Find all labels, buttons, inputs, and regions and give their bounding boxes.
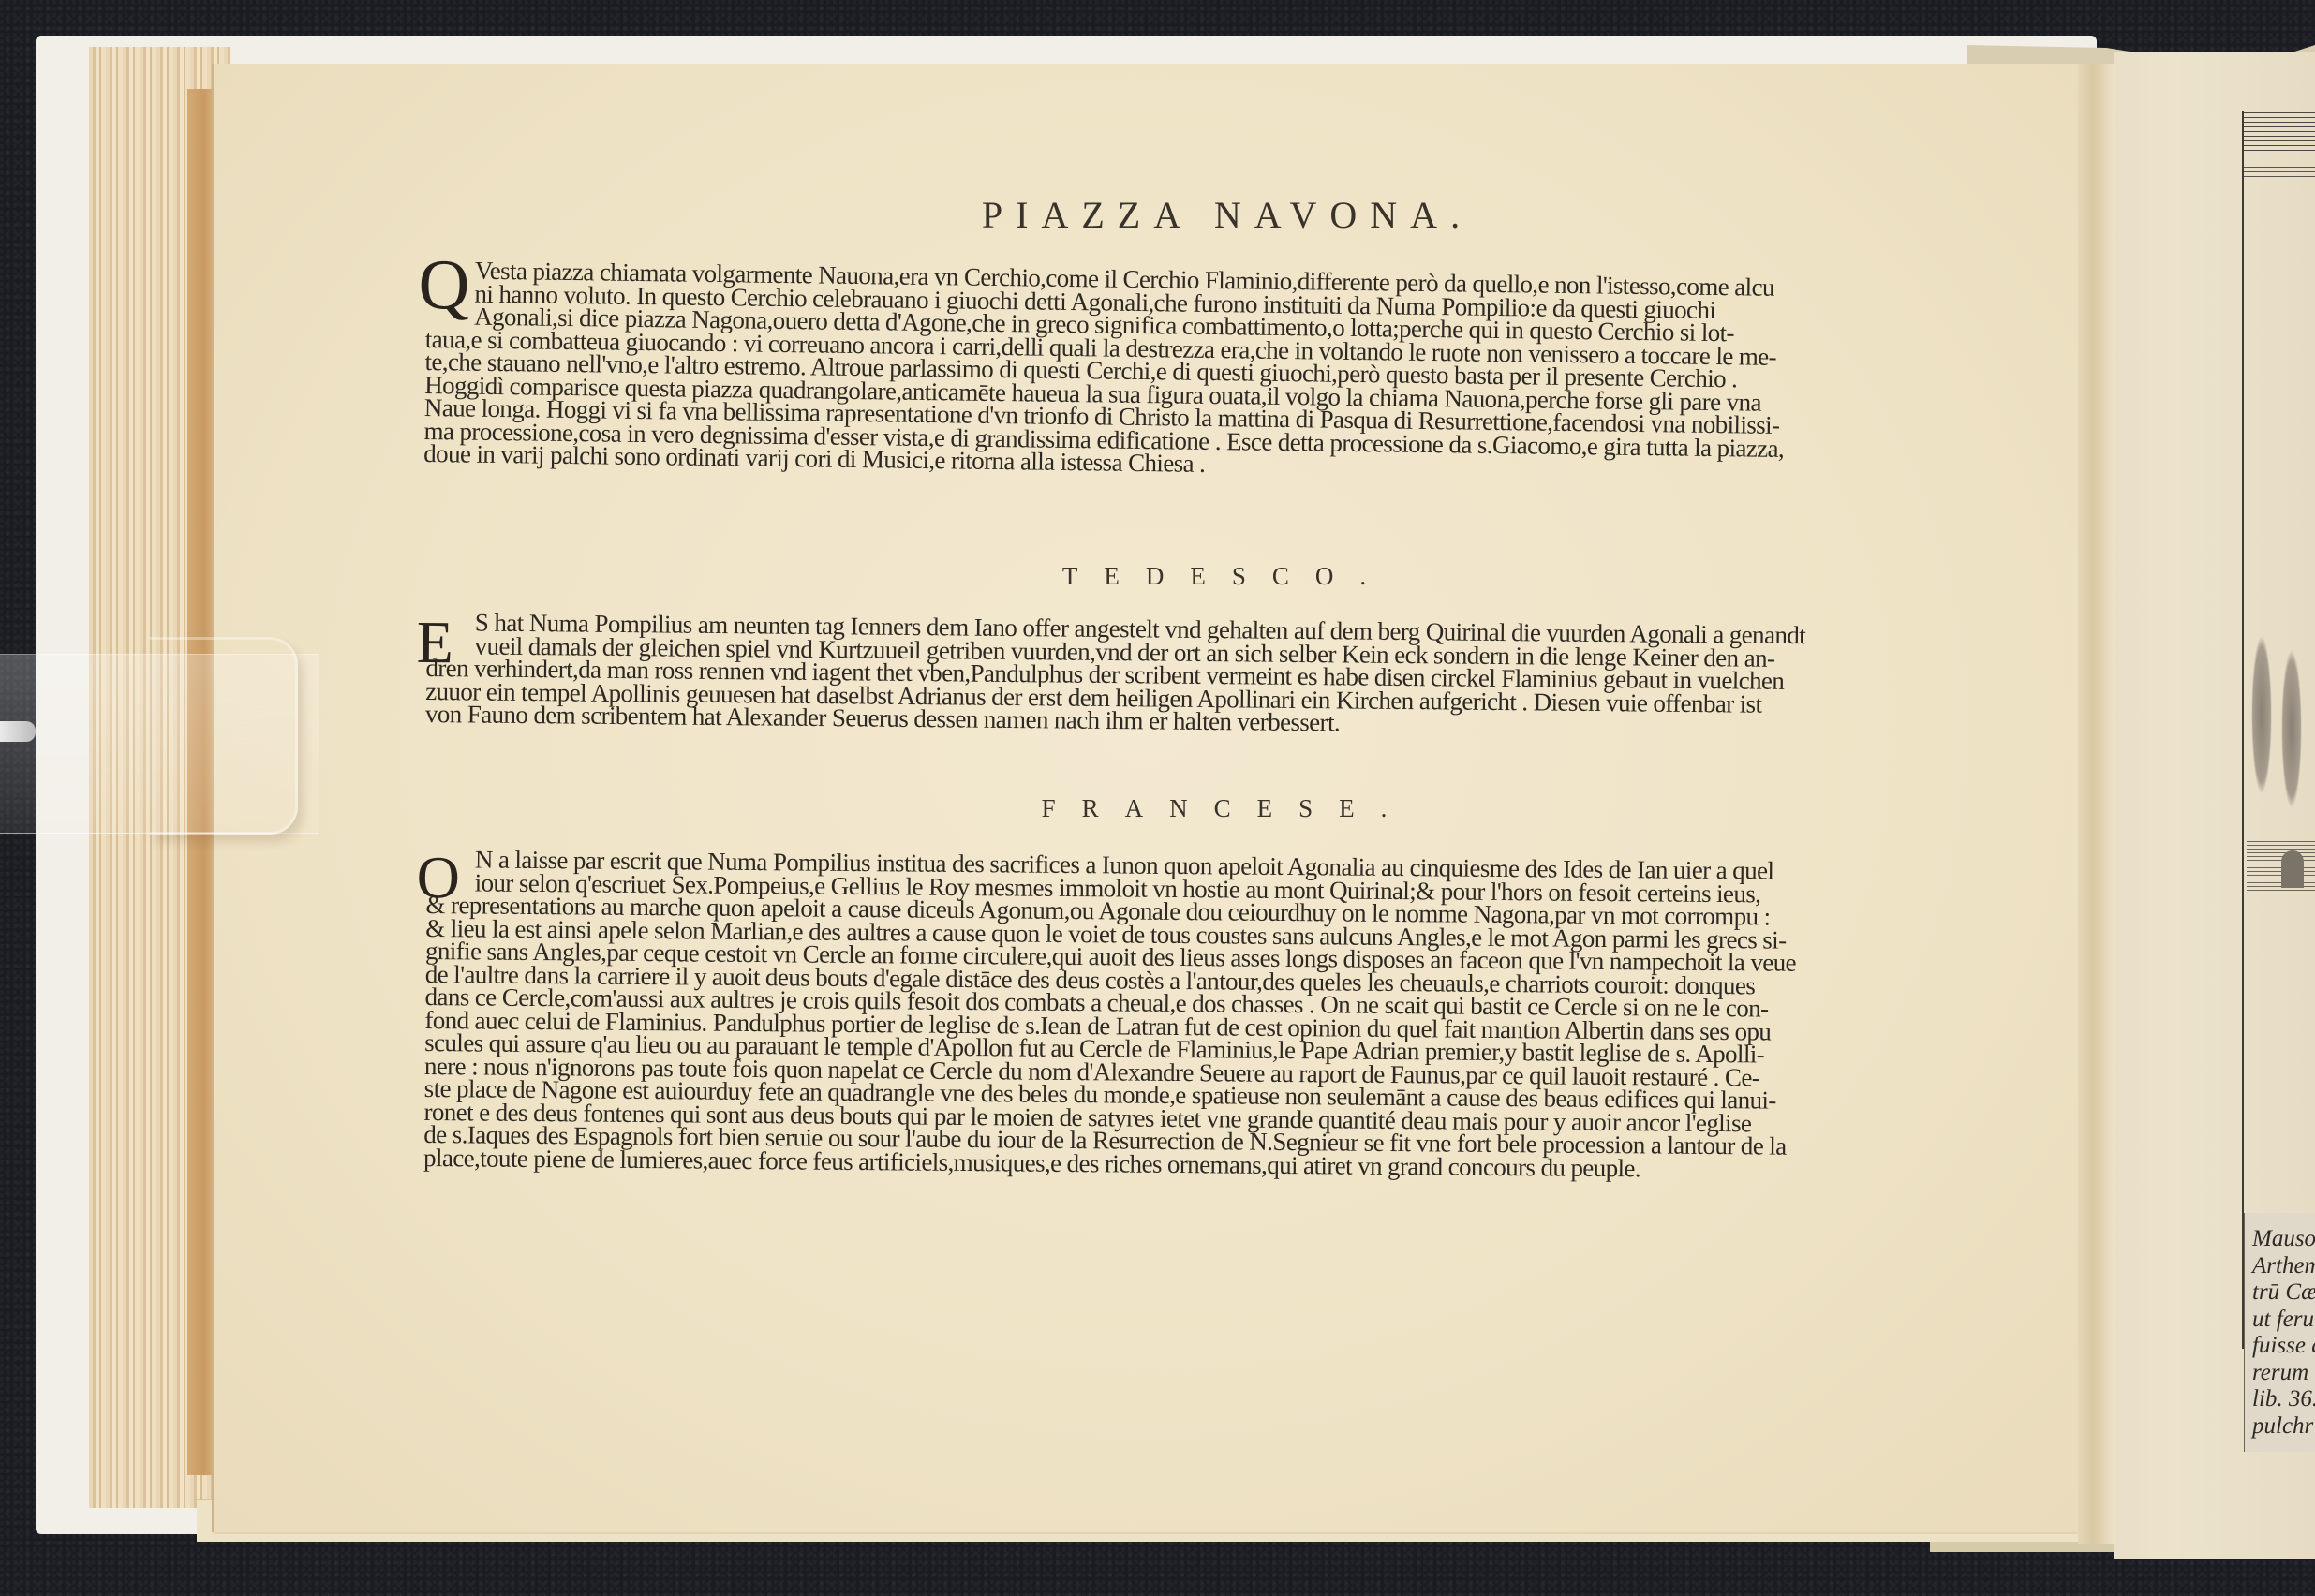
page-title: PIAZZA NAVONA.	[899, 193, 1555, 237]
italian-paragraph: Q Vesta piazza chiamata volgarmente Nauo…	[423, 259, 2056, 486]
section-heading-french: FRANCESE.	[1012, 794, 1443, 823]
plastic-clip-loop	[150, 637, 298, 835]
french-paragraph: O N a laisse par escrit que Numa Pompili…	[423, 848, 2056, 1183]
german-paragraph: E S hat Numa Pompilius am neunten tag Ie…	[425, 611, 2056, 741]
clip-reflection	[0, 721, 36, 742]
section-heading-german: TEDESCO.	[1031, 562, 1424, 591]
page-content: PIAZZA NAVONA. Q Vesta piazza chiamata v…	[0, 0, 2315, 1596]
